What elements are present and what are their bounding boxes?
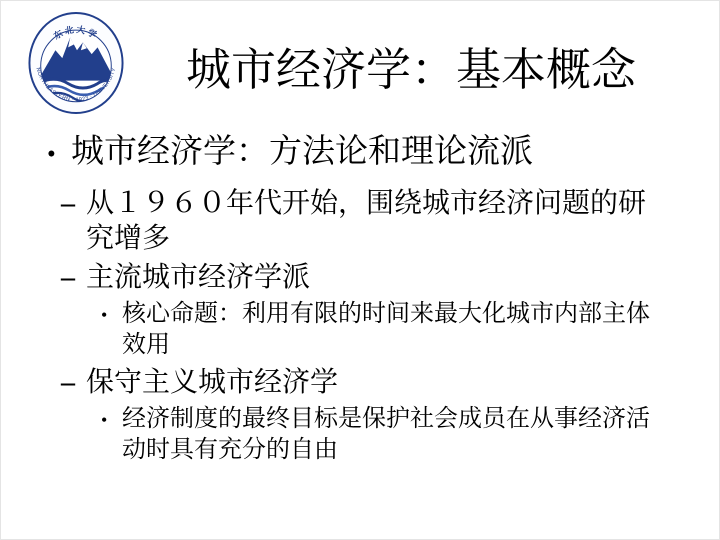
bullet-research-since-1960s: – 从１９６０年代开始，围绕城市经济问题的研 究增多 <box>61 186 705 256</box>
northeastern-university-logo: 东北大学 NORTHEASTERN · 1923 · UNIVERSITY <box>27 11 125 115</box>
presentation-slide: 东北大学 NORTHEASTERN · 1923 · UNIVERSITY 城市… <box>0 0 720 540</box>
bullet-urban-econ-methodology: • 城市经济学：方法论和理论流派 <box>47 132 705 175</box>
bullet-line: 效用 <box>122 330 705 361</box>
bullet-line: 经济制度的最终目标是保护社会成员在从事经济活 <box>122 404 705 435</box>
slide-title: 城市经济学：基本概念 <box>131 45 691 97</box>
bullet-line: 究增多 <box>86 221 705 256</box>
bullet-core-proposition: • 核心命题：利用有限的时间来最大化城市内部主体 效用 <box>101 299 705 361</box>
bullet-line: 从１９６０年代开始，围绕城市经济问题的研 <box>86 186 705 221</box>
slide-body-outline: • 城市经济学：方法论和理论流派 – 从１９６０年代开始，围绕城市经济问题的研 … <box>29 132 705 470</box>
level1-bullet-marker: • <box>47 135 71 175</box>
bullet-line: 动时具有充分的自由 <box>122 435 705 466</box>
bullet-economic-freedom: • 经济制度的最终目标是保护社会成员在从事经济活 动时具有充分的自由 <box>101 404 705 466</box>
level3-bullet-marker: • <box>101 405 122 436</box>
bullet-line: 核心命题：利用有限的时间来最大化城市内部主体 <box>122 299 705 330</box>
bullet-mainstream-school: – 主流城市经济学派 <box>61 260 705 295</box>
level2-dash-marker: – <box>61 260 86 295</box>
bullet-line: 主流城市经济学派 <box>86 260 705 295</box>
level2-dash-marker: – <box>61 365 86 400</box>
level2-dash-marker: – <box>61 186 86 221</box>
bullet-conservative-school: – 保守主义城市经济学 <box>61 365 705 400</box>
level3-bullet-marker: • <box>101 300 122 331</box>
bullet-line: 城市经济学：方法论和理论流派 <box>71 132 705 172</box>
bullet-line: 保守主义城市经济学 <box>86 365 705 400</box>
